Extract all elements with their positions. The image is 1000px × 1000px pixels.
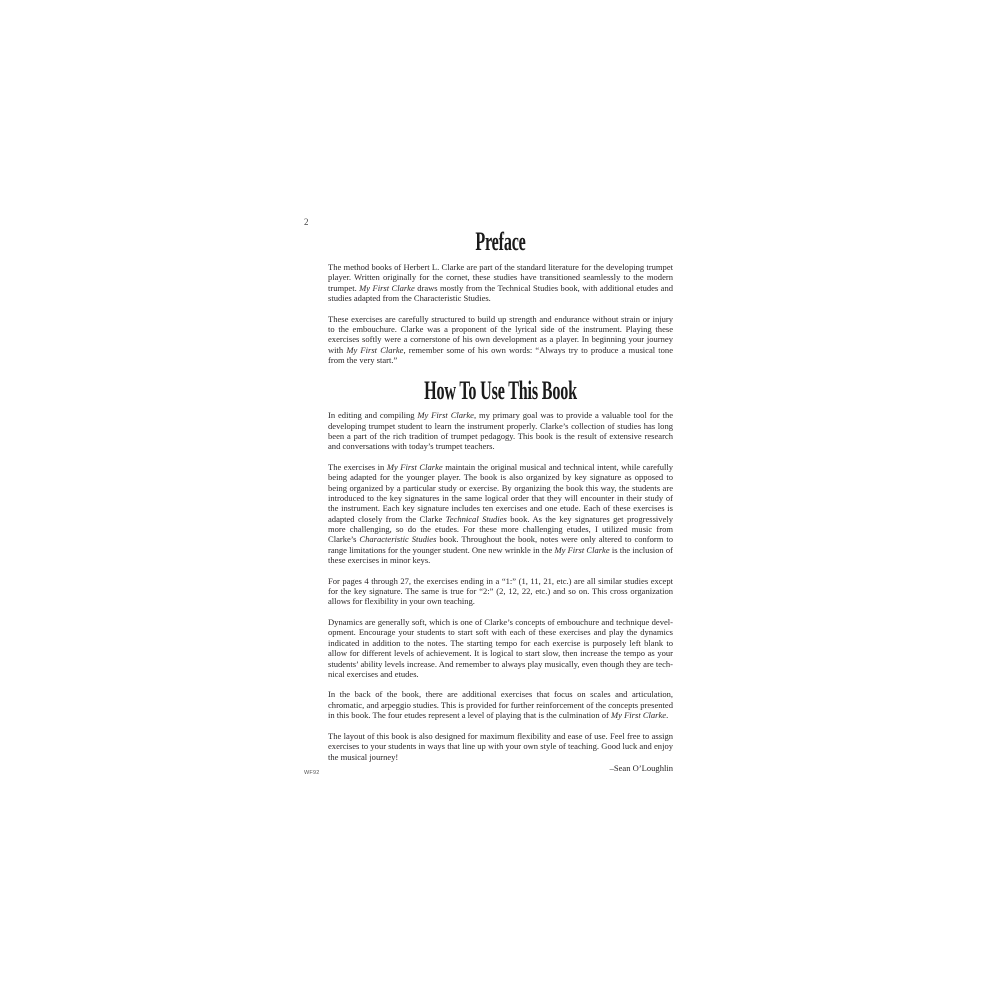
body-paragraph: The method books of Herbert L. Clarke ar… bbox=[328, 262, 673, 303]
body-paragraph: The exercises in My First Clarke maintai… bbox=[328, 462, 673, 565]
book-title: My First Clarke bbox=[359, 283, 415, 293]
body-paragraph: For pages 4 through 27, the exercises en… bbox=[328, 576, 673, 607]
book-title: Technical Studies bbox=[446, 514, 507, 524]
text-column: Preface The method books of Herbert L. C… bbox=[328, 228, 673, 773]
body-paragraph: These exercises are carefully structured… bbox=[328, 314, 673, 366]
body-paragraph: The layout of this book is also designed… bbox=[328, 731, 673, 762]
book-title: My First Clarke bbox=[346, 345, 403, 355]
how-to-use-body: In editing and compiling My First Clarke… bbox=[328, 410, 673, 761]
how-to-use-heading: How To Use This Book bbox=[394, 377, 608, 405]
book-title: My First Clarke bbox=[417, 410, 474, 420]
book-title: My First Clarke bbox=[554, 545, 609, 555]
book-title: My First Clarke bbox=[387, 462, 443, 472]
page-number: 2 bbox=[304, 217, 309, 227]
book-title: Char­acteristic Studies bbox=[359, 534, 436, 544]
preface-heading: Preface bbox=[394, 228, 608, 256]
body-paragraph: In editing and compiling My First Clarke… bbox=[328, 410, 673, 451]
author-signature: –Sean O’Loughlin bbox=[328, 763, 673, 773]
book-title: My First Clarke bbox=[611, 710, 666, 720]
body-paragraph: In the back of the book, there are addit… bbox=[328, 689, 673, 720]
footer-catalog-code: WF92 bbox=[304, 770, 319, 776]
preface-body: The method books of Herbert L. Clarke ar… bbox=[328, 262, 673, 365]
body-paragraph: Dynamics are generally soft, which is on… bbox=[328, 617, 673, 679]
